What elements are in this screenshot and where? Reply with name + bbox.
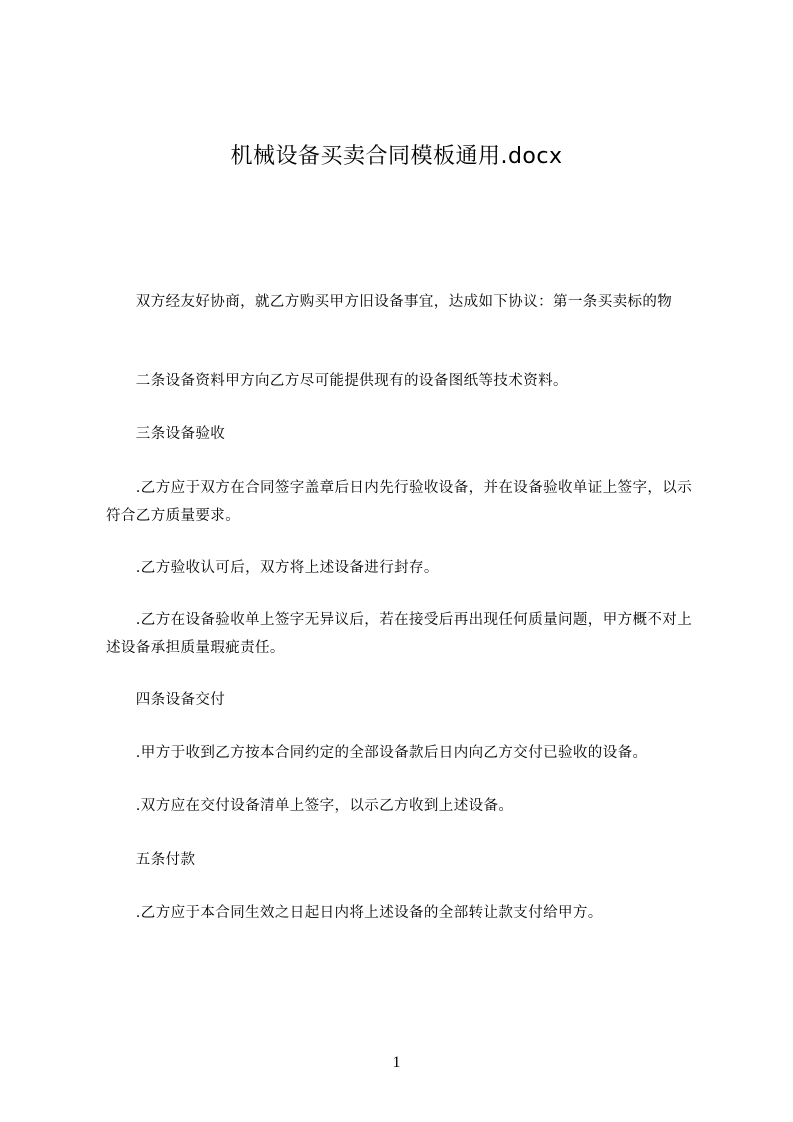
document-title: 机械设备买卖合同模板通用.docx (0, 140, 793, 174)
paragraph-article-4-item-1: .甲方于收到乙方按本合同约定的全部设备款后日内向乙方交付已验收的设备。 (106, 739, 702, 767)
paragraph-article-3-item-1: .乙方应于双方在合同签字盖章后日内先行验收设备，并在设备验收单证上签字，以示符合… (106, 474, 702, 530)
paragraph-article-5-item-1: .乙方应于本合同生效之日起日内将上述设备的全部转让款支付给甲方。 (106, 899, 702, 927)
page-number: 1 (0, 1054, 793, 1072)
paragraph-article-3-item-2: .乙方验收认可后，双方将上述设备进行封存。 (106, 554, 702, 582)
heading-article-3: 三条设备验收 (106, 420, 702, 448)
paragraph-intro: 双方经友好协商，就乙方购买甲方旧设备事宜，达成如下协议：第一条买卖标的物 (106, 288, 702, 316)
paragraph-article-3-item-3: .乙方在设备验收单上签字无异议后，若在接受后再出现任何质量问题，甲方概不对上述设… (106, 606, 702, 662)
paragraph-article-2: 二条设备资料甲方向乙方尽可能提供现有的设备图纸等技术资料。 (106, 367, 702, 395)
heading-article-4: 四条设备交付 (106, 686, 702, 714)
heading-article-5: 五条付款 (106, 846, 702, 874)
paragraph-article-4-item-2: .双方应在交付设备清单上签字，以示乙方收到上述设备。 (106, 792, 702, 820)
